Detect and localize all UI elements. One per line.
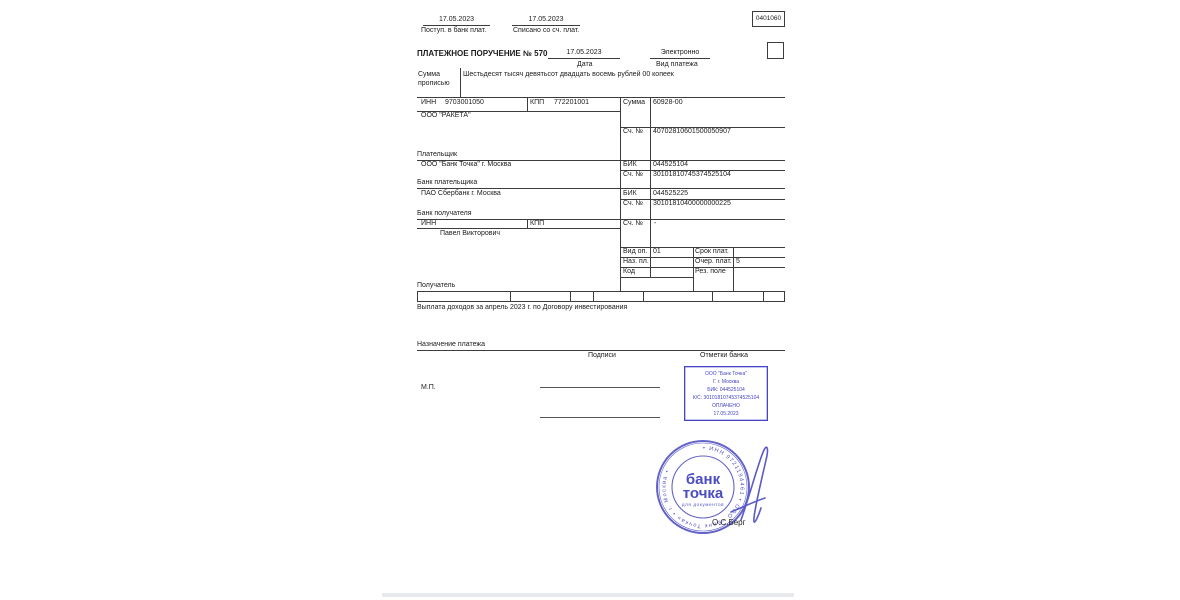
payee-section-label: Получатель: [417, 282, 455, 290]
stamp-paid: ОПЛАЧЕНО: [685, 402, 767, 410]
payer-inn-label: ИНН: [421, 99, 436, 107]
payer-kpp: 772201001: [554, 99, 589, 107]
grid-line: [527, 97, 528, 112]
divider: [460, 68, 461, 98]
grid-line: [620, 277, 693, 278]
stamp-bank-name: ООО "Банк Точка": [685, 370, 767, 378]
payer-account-label: Сч. №: [623, 128, 643, 136]
payer-bank-section-label: Банк плательщика: [417, 179, 477, 187]
payee-bank-bik-label: БИК: [623, 190, 637, 198]
payee-bank-section-label: Банк получателя: [417, 210, 472, 218]
grid-line: [417, 291, 785, 292]
signatures-label: Подписи: [588, 352, 616, 360]
amount-value: 60928-00: [653, 99, 683, 107]
stamp-city: Г. г. Москва: [685, 378, 767, 386]
document-date-label: Дата: [577, 61, 593, 69]
payee-name: Павел Викторович: [440, 230, 500, 238]
payee-inn-label: ИНН: [421, 220, 436, 228]
payer-section-label: Плательщик: [417, 151, 457, 159]
received-date-label: Поступ. в банк плат.: [421, 27, 486, 35]
stamp-corr-account: К/С: 30101810745374525104: [685, 394, 767, 402]
grid-line: [712, 291, 713, 301]
grid-line: [733, 247, 734, 292]
grid-line: [417, 301, 785, 302]
grid-line: [693, 247, 694, 292]
payer-bank-name: ООО "Банк Точка" г. Москва: [421, 161, 511, 169]
bank-mark-stamp: ООО "Банк Точка" Г. г. Москва БИК: 04452…: [684, 366, 768, 421]
signature-line: [540, 387, 660, 388]
grid-line: [527, 219, 528, 229]
payer-account: 40702810601500050907: [653, 128, 731, 136]
rez-pole-label: Рез. поле: [695, 268, 726, 276]
round-stamp-line3: для документов: [682, 502, 724, 507]
debited-date: 17.05.2023: [512, 16, 580, 26]
stamp-bik: БИК: 044525104: [685, 386, 767, 394]
stamp-place-label: М.П.: [421, 384, 436, 392]
grid-line: [510, 291, 511, 301]
payee-kpp-label: КПП: [530, 220, 544, 228]
payer-bank-account-label: Сч. №: [623, 171, 643, 179]
grid-line: [417, 291, 418, 301]
bank-marks-label: Отметки банка: [700, 352, 748, 360]
grid-line: [763, 291, 764, 301]
payer-bank-account: 30101810745374525104: [653, 171, 731, 179]
debited-date-label: Списано со сч. плат.: [513, 27, 579, 35]
payment-order-document: 17.05.2023 Поступ. в банк плат. 17.05.20…: [0, 0, 1180, 600]
document-date: 17.05.2023: [548, 49, 620, 59]
grid-line: [643, 291, 644, 301]
payer-bank-bik: 044525104: [653, 161, 688, 169]
status-checkbox: [767, 42, 784, 59]
payee-account: -: [654, 220, 656, 228]
signer-name: О.С.Берг: [712, 518, 746, 527]
grid-line: [417, 97, 785, 98]
amount-in-words: Шестьдесят тысяч девятьсот двадцать восе…: [463, 71, 674, 79]
amount-words-label-2: прописью: [418, 80, 450, 88]
form-code-box: 0401060: [752, 11, 785, 27]
stamp-date: 17.05.2023: [685, 410, 767, 418]
payer-bank-bik-label: БИК: [623, 161, 637, 169]
grid-line: [784, 291, 785, 301]
payment-kind: Электронно: [650, 49, 710, 59]
grid-line: [417, 350, 785, 351]
payment-kind-label: Вид платежа: [656, 61, 698, 69]
vid-op-value: 01: [653, 248, 661, 256]
payer-inn: 9703001050: [445, 99, 484, 107]
naz-pl-label: Наз. пл.: [623, 258, 649, 266]
ocher-plat-label: Очер. плат.: [695, 258, 732, 266]
grid-line: [593, 291, 594, 301]
payer-kpp-label: КПП: [530, 99, 544, 107]
purpose-text: Выплата доходов за апрель 2023 г. по Дог…: [417, 304, 627, 312]
payee-account-label: Сч. №: [623, 220, 643, 228]
page-bottom-separator: [382, 593, 794, 597]
srok-plat-label: Срок плат.: [695, 248, 729, 256]
ocher-plat-value: 5: [736, 258, 740, 266]
purpose-section-label: Назначение платежа: [417, 341, 485, 349]
received-date: 17.05.2023: [423, 16, 490, 26]
grid-line: [650, 97, 651, 278]
payee-bank-account-label: Сч. №: [623, 200, 643, 208]
payee-bank-name: ПАО Сбербанк г. Москва: [421, 190, 501, 198]
payer-name: ООО "РАКЕТА": [421, 112, 471, 120]
amount-words-label-1: Сумма: [418, 71, 440, 79]
kod-label: Код: [623, 268, 635, 276]
signature-line: [540, 417, 660, 418]
grid-line: [620, 97, 621, 292]
grid-line: [417, 228, 620, 229]
payee-bank-bik: 044525225: [653, 190, 688, 198]
amount-label: Сумма: [623, 99, 645, 107]
grid-line: [570, 291, 571, 301]
vid-op-label: Вид оп.: [623, 248, 647, 256]
payee-bank-account: 30101810400000000225: [653, 200, 731, 208]
round-stamp: • ИНН 9721194461 • ООО «Банк Точка» • г.…: [645, 428, 795, 548]
grid-line: [417, 219, 785, 220]
grid-line: [417, 188, 785, 189]
round-stamp-line2: точка: [683, 485, 724, 502]
document-title: ПЛАТЕЖНОЕ ПОРУЧЕНИЕ № 570: [417, 50, 547, 58]
